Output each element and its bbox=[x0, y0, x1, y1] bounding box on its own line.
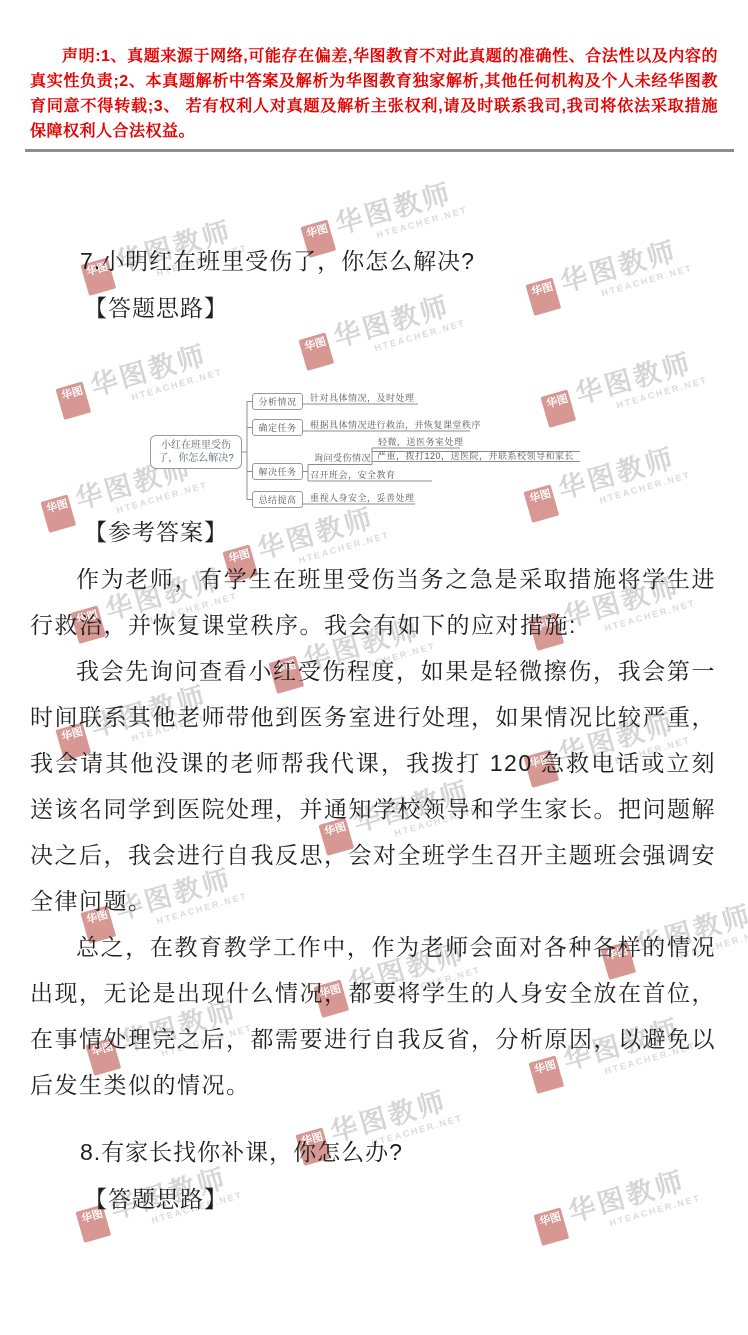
mindmap-root-line2: 了，你怎么解决? bbox=[151, 452, 241, 465]
disclaimer: 声明:1、真题来源于网络,可能存在偏差,华图教育不对此真题的准确性、合法性以及内… bbox=[30, 44, 718, 144]
mindmap-leaf-inquire: 询问受伤情况 bbox=[314, 454, 371, 463]
question7-thinking-label: 【答题思路】 bbox=[84, 292, 718, 324]
mindmap-diagram: 小红在班里受伤 了，你怎么解决? 分析情况 确定任务 解决任务 总结提高 针对具… bbox=[150, 377, 680, 512]
mindmap-leaf-meeting: 召开班会，安全教育 bbox=[310, 471, 396, 480]
disclaimer-label: 声明: bbox=[62, 48, 101, 65]
mindmap-branch-analyze: 分析情况 bbox=[252, 393, 303, 410]
header-divider bbox=[25, 149, 734, 152]
disclaimer-text: 1、真题来源于网络,可能存在偏差,华图教育不对此真题的准确性、合法性以及内容的真… bbox=[30, 48, 718, 140]
question7-title: 7.小明红在班里受伤了，你怎么解决? bbox=[80, 245, 718, 277]
mindmap-leaf-minor: 轻微，送医务室处理 bbox=[378, 438, 464, 447]
mindmap-branch-task: 确定任务 bbox=[252, 419, 303, 436]
mindmap-root-line1: 小红在班里受伤 bbox=[151, 439, 241, 452]
mindmap-leaf-analyze: 针对具体情况，及时处理 bbox=[310, 394, 415, 403]
mindmap-root-node: 小红在班里受伤 了，你怎么解决? bbox=[150, 435, 242, 469]
mindmap-leaf-task: 根据具体情况进行救治，并恢复课堂秩序 bbox=[310, 421, 481, 430]
mindmap-branch-solve: 解决任务 bbox=[252, 463, 303, 480]
question7-answer-label: 【参考答案】 bbox=[84, 516, 718, 548]
mindmap-leaf-severe: 严重，拨打120，送医院，并联系校领导和家长 bbox=[377, 452, 574, 461]
answer-paragraph-2: 我会先询问查看小红受伤程度，如果是轻微擦伤，我会第一时间联系其他老师带他到医务室… bbox=[30, 648, 716, 924]
mindmap-branch-summary: 总结提高 bbox=[252, 491, 303, 508]
document-page: 华图华图教师HTEACHER.NET华图华图教师HTEACHER.NET华图华图… bbox=[0, 0, 748, 1335]
question8-title: 8.有家长找你补课，你怎么办? bbox=[80, 1136, 718, 1168]
question8-thinking-label: 【答题思路】 bbox=[84, 1183, 718, 1215]
answer-paragraph-3: 总之，在教育教学工作中，作为老师会面对各种各样的情况出现，无论是出现什么情况，都… bbox=[30, 924, 716, 1108]
document-content: 声明:1、真题来源于网络,可能存在偏差,华图教育不对此真题的准确性、合法性以及内… bbox=[0, 44, 748, 1215]
answer-paragraph-1: 作为老师，有学生在班里受伤当务之急是采取措施将学生进行救治，并恢复课堂秩序。我会… bbox=[30, 556, 716, 648]
mindmap-leaf-summary: 重视人身安全，妥善处理 bbox=[310, 494, 415, 503]
